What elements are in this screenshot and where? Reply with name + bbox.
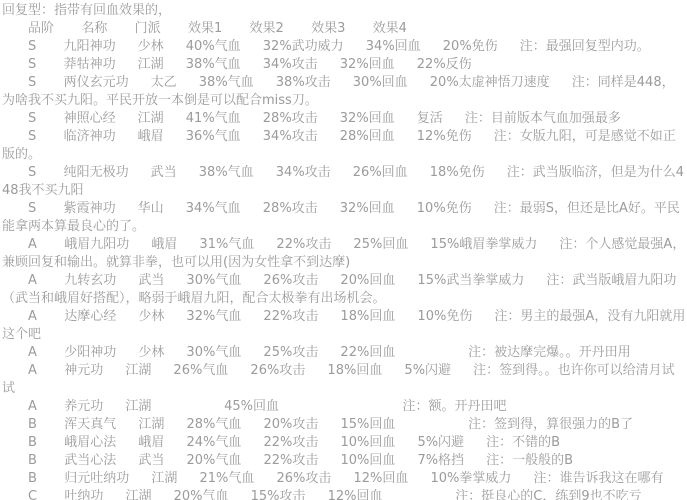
cell-name: 临济神功 [64,129,116,144]
table-row: B浑天真气江湖28%气血20%攻击15%回血注：签到得，算很强力的B了 [2,416,687,434]
cell-note: 注：不错的B [486,435,560,450]
cell-name: 吐纳功 [64,489,103,500]
cell-effect-4: 10%免伤 [417,309,472,324]
table-row: A少阳神功少林30%气血25%攻击22%回血注：被达摩完爆。。开丹田用 [2,344,687,362]
cell-effect-3: 34%回血 [366,39,421,54]
table-row: B归元吐纳功江湖21%气血26%攻击12%回血10%拳掌威力注：谁告诉我这在哪有 [2,470,687,488]
cell-effect-4: 15%武当拳掌威力 [417,273,524,288]
cell-sect: 武当 [151,165,177,180]
cell-effect-3: 25%回血 [353,237,408,252]
cell-effect-3: 28%回血 [340,129,395,144]
cell-effect-4: 7%格挡 [417,453,464,468]
cell-effect-2: 45%回血 [224,399,279,414]
cell-sect: 江湖 [138,111,164,126]
cell-rank: S [28,129,36,144]
table-row: S神照心经江湖41%气血28%攻击32%回血复活注：目前版本气血加强最多 [2,110,687,128]
document: 回复型：指带有回血效果的， 品阶名称门派效果1效果2效果3效果4 S九阳神功少林… [0,0,687,500]
cell-effect-1: 24%气血 [186,435,241,450]
cell-effect-2: 34%攻击 [263,57,318,72]
cell-name: 养元功 [64,399,103,414]
cell-effect-3: 15%回血 [340,417,395,432]
cell-rank: A [28,273,37,288]
table-row: A养元功江湖45%回血注：额。开丹田吧 [2,398,687,416]
cell-sect: 峨眉 [138,129,164,144]
cell-sect: 江湖 [138,417,164,432]
column-header-7: 效果4 [373,21,407,36]
cell-name: 峨眉心法 [64,435,116,450]
cell-effect-1: 31%气血 [199,237,254,252]
cell-rank: C [28,489,37,500]
column-header-4: 效果1 [188,21,222,36]
cell-rank: A [28,345,37,360]
table-row: S莽牯神功江湖38%气血34%攻击32%回血22%反伤 [2,56,687,74]
cell-name: 达摩心经 [64,309,116,324]
cell-effect-4: 12%免伤 [417,129,472,144]
cell-effect-2: 22%攻击 [263,453,318,468]
cell-name: 莽牯神功 [64,57,116,72]
cell-effect-3: 32%回血 [340,201,395,216]
cell-effect-2: 38%攻击 [276,75,331,90]
cell-effect-4: 15%峨眉拳掌威力 [430,237,537,252]
cell-rank: S [28,57,36,72]
cell-name: 神照心经 [64,111,116,126]
cell-effect-1: 38%气血 [186,57,241,72]
cell-note: 注：最强回复型内功。 [520,39,650,54]
cell-effect-2: 25%攻击 [263,345,318,360]
cell-note: 注：挺良心的C，练到9也不吃亏 [455,489,641,500]
cell-effect-1: 26%气血 [173,363,228,378]
cell-effect-2: 26%攻击 [276,471,331,486]
cell-effect-4: 10%拳掌威力 [430,471,511,486]
cell-sect: 太乙 [151,75,177,90]
cell-effect-1: 20%气血 [174,489,229,500]
cell-effect-4: 18%免伤 [430,165,485,180]
cell-rank: A [28,363,37,378]
cell-effect-3: 26%回血 [353,165,408,180]
cell-effect-3: 32%回血 [340,111,395,126]
cell-name: 神元功 [64,363,103,378]
cell-effect-1: 36%气血 [186,129,241,144]
cell-sect: 江湖 [151,471,177,486]
document-title: 回复型：指带有回血效果的， [2,2,687,20]
table-body: S九阳神功少林40%气血32%武功威力34%回血20%免伤注：最强回复型内功。S… [2,38,687,500]
column-header-5: 效果2 [250,21,284,36]
cell-sect: 武当 [138,273,164,288]
cell-effect-4: 20%免伤 [443,39,498,54]
column-header-1: 品阶 [28,21,54,36]
cell-effect-3: 30%回血 [353,75,408,90]
cell-effect-2: 34%攻击 [263,129,318,144]
table-row: A九转玄功武当30%气血26%攻击20%回血15%武当拳掌威力注：武当版峨眉九阳… [2,272,687,308]
cell-note: 注：被达摩完爆。。开丹田用 [468,345,631,360]
cell-effect-1: 30%气血 [186,345,241,360]
cell-effect-2: 26%攻击 [250,363,305,378]
cell-sect: 少林 [138,309,164,324]
cell-effect-2: 28%攻击 [263,111,318,126]
cell-effect-4: 5%闪避 [417,435,464,450]
cell-effect-1: 38%气血 [199,165,254,180]
cell-effect-1: 40%气血 [186,39,241,54]
cell-name: 两仪玄元功 [64,75,129,90]
cell-rank: S [28,111,36,126]
table-row: S两仪玄元功太乙38%气血38%攻击30%回血20%太虚神悟刀速度注：同样是44… [2,74,687,110]
cell-sect: 少林 [138,345,164,360]
cell-rank: B [28,453,37,468]
column-header-6: 效果3 [311,21,345,36]
cell-rank: S [28,201,36,216]
cell-effect-1: 38%气血 [199,75,254,90]
table-row: S九阳神功少林40%气血32%武功威力34%回血20%免伤注：最强回复型内功。 [2,38,687,56]
cell-sect: 江湖 [125,363,151,378]
cell-name: 九阳神功 [64,39,116,54]
cell-name: 峨眉九阳功 [64,237,129,252]
table-header-row: 品阶名称门派效果1效果2效果3效果4 [2,20,687,38]
column-header-2: 名称 [81,21,107,36]
cell-effect-4: 5%闪避 [404,363,451,378]
cell-effect-3: 18%回血 [340,309,395,324]
column-header-3: 门派 [135,21,161,36]
cell-name: 少阳神功 [64,345,116,360]
cell-rank: S [28,75,36,90]
cell-effect-2: 22%攻击 [263,435,318,450]
cell-rank: A [28,399,37,414]
cell-rank: S [28,165,36,180]
cell-note: 注：额。开丹田吧 [402,399,506,414]
table-row: A达摩心经少林32%气血22%攻击18%回血10%免伤注：男主的最强A，没有九阳… [2,308,687,344]
cell-effect-2: 32%武功威力 [263,39,344,54]
cell-effect-2: 22%攻击 [263,309,318,324]
cell-sect: 峨眉 [151,237,177,252]
cell-effect-3: 12%回血 [328,489,383,500]
cell-effect-2: 15%攻击 [251,489,306,500]
cell-rank: A [28,237,37,252]
cell-effect-3: 12%回血 [353,471,408,486]
cell-note: 注：谁告诉我这在哪有 [533,471,663,486]
table-row: S紫霞神功华山34%气血28%攻击32%回血10%免伤注：最弱S，但还是比A好。… [2,200,687,236]
cell-effect-2: 26%攻击 [263,273,318,288]
cell-note: 注：签到得，算很强力的B了 [468,417,633,432]
cell-effect-2: 28%攻击 [263,201,318,216]
cell-effect-1: 21%气血 [199,471,254,486]
cell-effect-1: 32%气血 [186,309,241,324]
cell-effect-3: 20%回血 [340,273,395,288]
cell-effect-4: 22%反伤 [417,57,472,72]
cell-rank: A [28,309,37,324]
cell-sect: 江湖 [138,57,164,72]
cell-name: 九转玄功 [64,273,116,288]
cell-effect-3: 22%回血 [340,345,395,360]
table-row: A神元功江湖26%气血26%攻击18%回血5%闪避注：签到得。。也许你可以给清月… [2,362,687,398]
cell-sect: 华山 [138,201,164,216]
cell-rank: S [28,39,36,54]
cell-sect: 少林 [138,39,164,54]
cell-name: 紫霞神功 [64,201,116,216]
cell-effect-3: 18%回血 [327,363,382,378]
cell-rank: B [28,417,37,432]
cell-note: 注：目前版本气血加强最多 [465,111,621,126]
cell-effect-1: 28%气血 [186,417,241,432]
table-row: C吐纳功江湖20%气血15%攻击12%回血注：挺良心的C，练到9也不吃亏 [2,488,687,500]
table-row: B武当心法武当20%气血22%攻击10%回血7%格挡注：一般般的B [2,452,687,470]
cell-effect-3: 10%回血 [340,453,395,468]
table-row: S临济神功峨眉36%气血34%攻击28%回血12%免伤注：女版九阳，可是感觉不如… [2,128,687,164]
cell-effect-4: 复活 [417,111,443,126]
cell-effect-4: 10%免伤 [417,201,472,216]
cell-sect: 江湖 [125,399,151,414]
cell-rank: B [28,471,37,486]
table-row: A峨眉九阳功峨眉31%气血22%攻击25%回血15%峨眉拳掌威力注：个人感觉最强… [2,236,687,272]
cell-effect-2: 22%攻击 [276,237,331,252]
cell-effect-3: 32%回血 [340,57,395,72]
cell-name: 归元吐纳功 [64,471,129,486]
cell-name: 纯阳无极功 [64,165,129,180]
table-row: S纯阳无极功武当38%气血34%攻击26%回血18%免伤注：武当版临济，但是为什… [2,164,687,200]
cell-sect: 江湖 [125,489,151,500]
cell-name: 浑天真气 [64,417,116,432]
cell-rank: B [28,435,37,450]
cell-effect-3: 10%回血 [340,435,395,450]
cell-effect-2: 20%攻击 [263,417,318,432]
cell-sect: 峨眉 [138,435,164,450]
cell-name: 武当心法 [64,453,116,468]
cell-effect-1: 41%气血 [186,111,241,126]
cell-sect: 武当 [138,453,164,468]
cell-effect-1: 30%气血 [186,273,241,288]
cell-effect-1: 20%气血 [186,453,241,468]
cell-effect-1: 34%气血 [186,201,241,216]
cell-effect-2: 34%攻击 [276,165,331,180]
table-row: B峨眉心法峨眉24%气血22%攻击10%回血5%闪避注：不错的B [2,434,687,452]
cell-note: 注：一般般的B [486,453,573,468]
cell-effect-4: 20%太虚神悟刀速度 [430,75,550,90]
